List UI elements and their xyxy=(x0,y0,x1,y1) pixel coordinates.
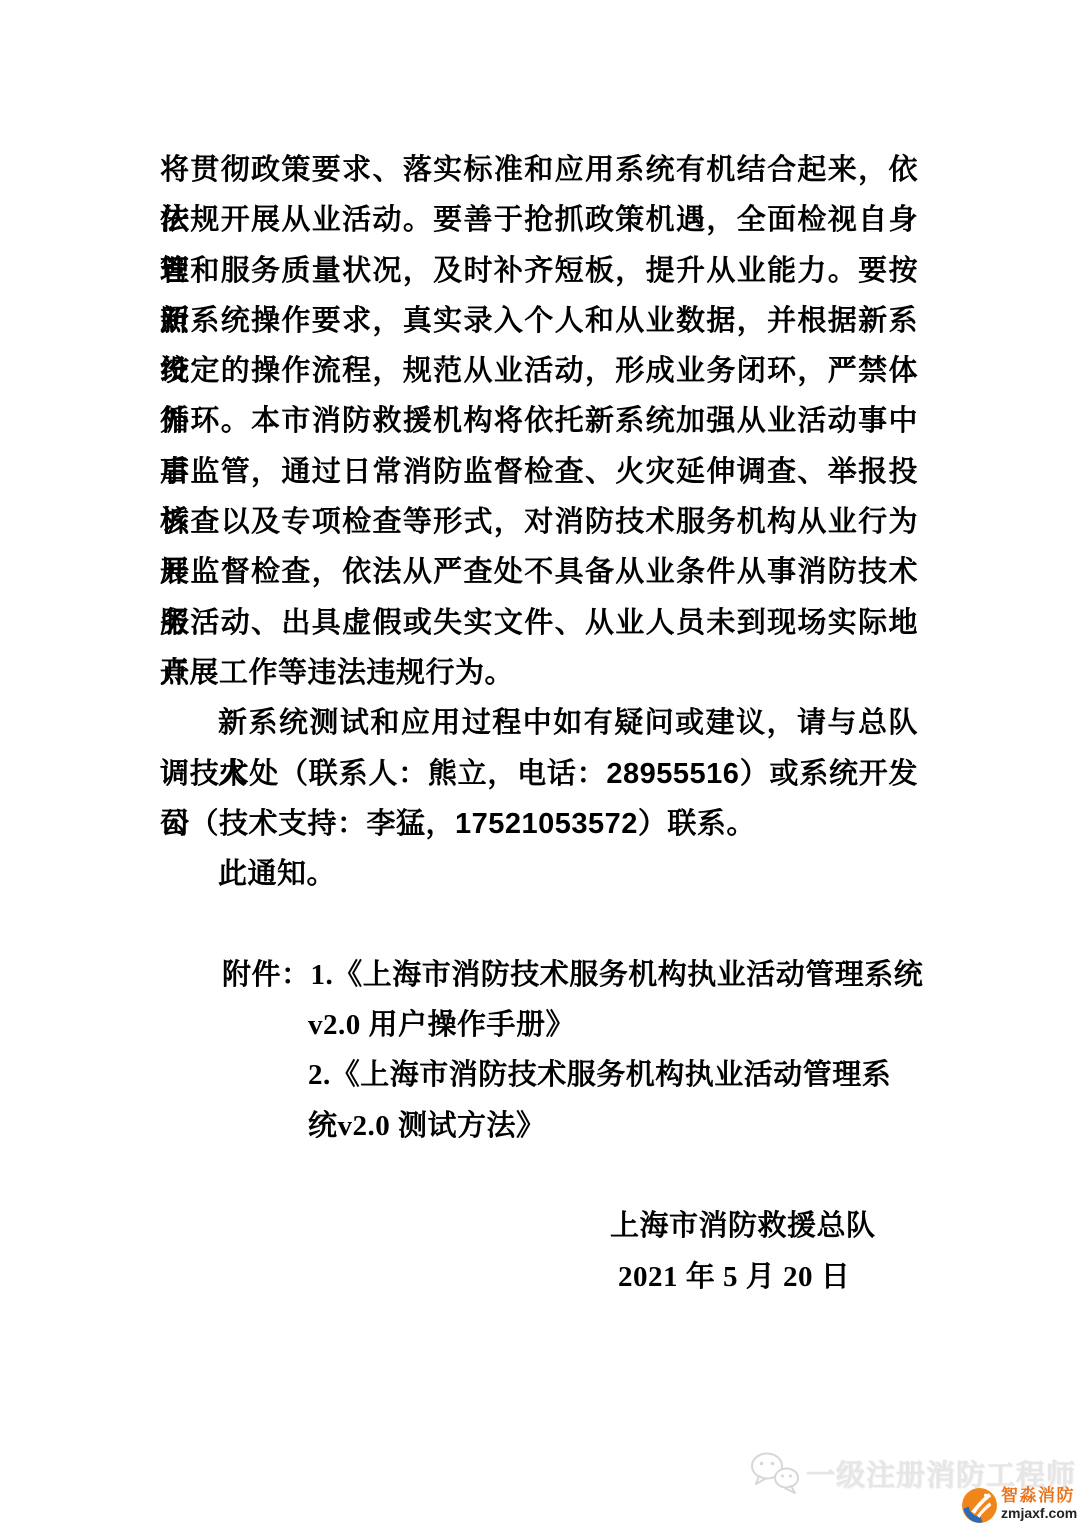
body-line: 后监管，通过日常消防监督检查、火灾延伸调查、举报投诉 xyxy=(160,447,918,497)
signature-date: 2021 年 5 月 20 日 xyxy=(160,1252,918,1302)
body-line: 设定的操作流程，规范从业活动，形成业务闭环，严禁体外 xyxy=(160,346,918,396)
body-line: 新系统操作要求，真实录入个人和从业数据，并根据新系统 xyxy=(160,296,918,346)
wechat-icon xyxy=(748,1450,800,1496)
attachment-label-line: 附件：1.《上海市消防技术服务机构执业活动管理系统 xyxy=(160,950,918,1000)
contact-line: 新系统测试和应用过程中如有疑问或建议，请与总队火 xyxy=(160,698,918,748)
brand-name: 智淼消防 xyxy=(1001,1487,1077,1505)
brand-site: zmjaxf.com xyxy=(1001,1505,1077,1521)
closing-line: 此通知。 xyxy=(160,849,918,899)
signature-organization: 上海市消防救援总队 xyxy=(160,1201,918,1251)
body-line: 循环。本市消防救援机构将依托新系统加强从业活动事中事 xyxy=(160,396,918,446)
contact-line: 调技术处（联系人：熊立，电话：28955516）或系统开发公 xyxy=(160,749,918,799)
document-body: 将贯彻政策要求、落实标准和应用系统有机结合起来，依法 依规开展从业活动。要善于抢… xyxy=(160,145,918,1302)
contact-line: 司（技术支持：李猛，17521053572）联系。 xyxy=(160,799,918,849)
body-line: 开展工作等违法违规行为。 xyxy=(160,648,918,698)
body-line: 理和服务质量状况，及时补齐短板，提升从业能力。要按照 xyxy=(160,246,918,296)
brand-text: 智淼消防 zmjaxf.com xyxy=(1001,1487,1077,1521)
attachment-line: 2.《上海市消防技术服务机构执业活动管理系 xyxy=(160,1050,918,1100)
zhimiao-logo-icon xyxy=(961,1487,998,1524)
spacer xyxy=(160,899,918,949)
body-line: 务活动、出具虚假或失实文件、从业人员未到现场实际地点 xyxy=(160,598,918,648)
attachment-line: 统v2.0 测试方法》 xyxy=(160,1101,918,1151)
body-line: 将贯彻政策要求、落实标准和应用系统有机结合起来，依法 xyxy=(160,145,918,195)
spacer xyxy=(160,1151,918,1201)
zhimiao-brand: 智淼消防 zmjaxf.com xyxy=(961,1487,1077,1524)
body-line: 展监督检查，依法从严查处不具备从业条件从事消防技术服 xyxy=(160,547,918,597)
notice-page: 将贯彻政策要求、落实标准和应用系统有机结合起来，依法 依规开展从业活动。要善于抢… xyxy=(0,0,1080,1526)
body-line: 依规开展从业活动。要善于抢抓政策机遇，全面检视自身管 xyxy=(160,195,918,245)
attachment-line: v2.0 用户操作手册》 xyxy=(160,1000,918,1050)
body-line: 核查以及专项检查等形式，对消防技术服务机构从业行为开 xyxy=(160,497,918,547)
